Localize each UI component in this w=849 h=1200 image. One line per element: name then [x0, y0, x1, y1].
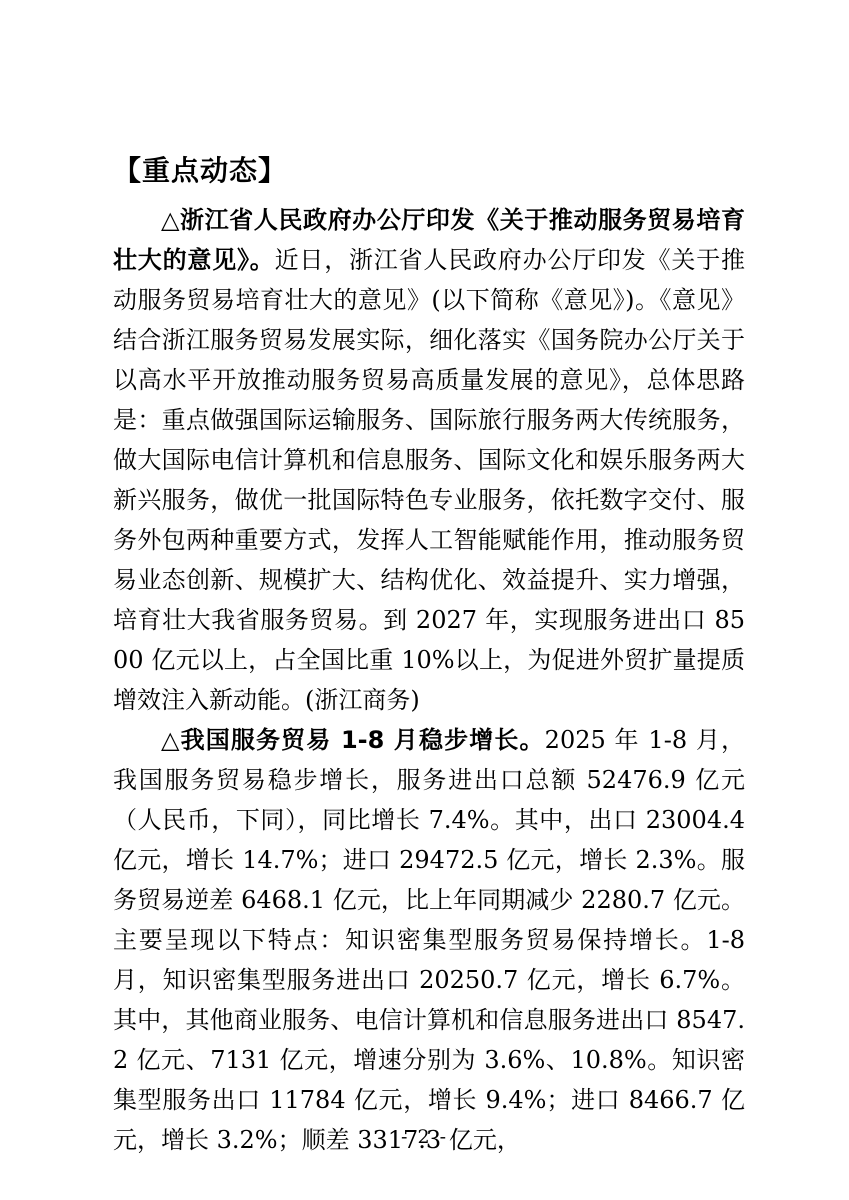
- paragraph: △我国服务贸易 1-8 月稳步增长。2025 年 1-8 月，我国服务贸易稳步增…: [113, 720, 745, 1160]
- document-body: 【重点动态】 △浙江省人民政府办公厅印发《关于推动服务贸易培育壮大的意见》。近日…: [113, 152, 745, 1160]
- section-title: 【重点动态】: [113, 152, 745, 190]
- paragraph-text: 近日，浙江省人民政府办公厅印发《关于推动服务贸易培育壮大的意见》(以下简称《意见…: [113, 246, 745, 714]
- paragraph: △浙江省人民政府办公厅印发《关于推动服务贸易培育壮大的意见》。近日，浙江省人民政…: [113, 200, 745, 720]
- document-page: 【重点动态】 △浙江省人民政府办公厅印发《关于推动服务贸易培育壮大的意见》。近日…: [0, 0, 849, 1200]
- page-number: - 2 -: [401, 1126, 448, 1148]
- page-footer: - 2 -: [0, 1124, 849, 1150]
- paragraph-text: 2025 年 1-8 月，我国服务贸易稳步增长，服务进出口总额 52476.9 …: [113, 726, 745, 1154]
- paragraph-lead: △我国服务贸易 1-8 月稳步增长。: [161, 726, 545, 754]
